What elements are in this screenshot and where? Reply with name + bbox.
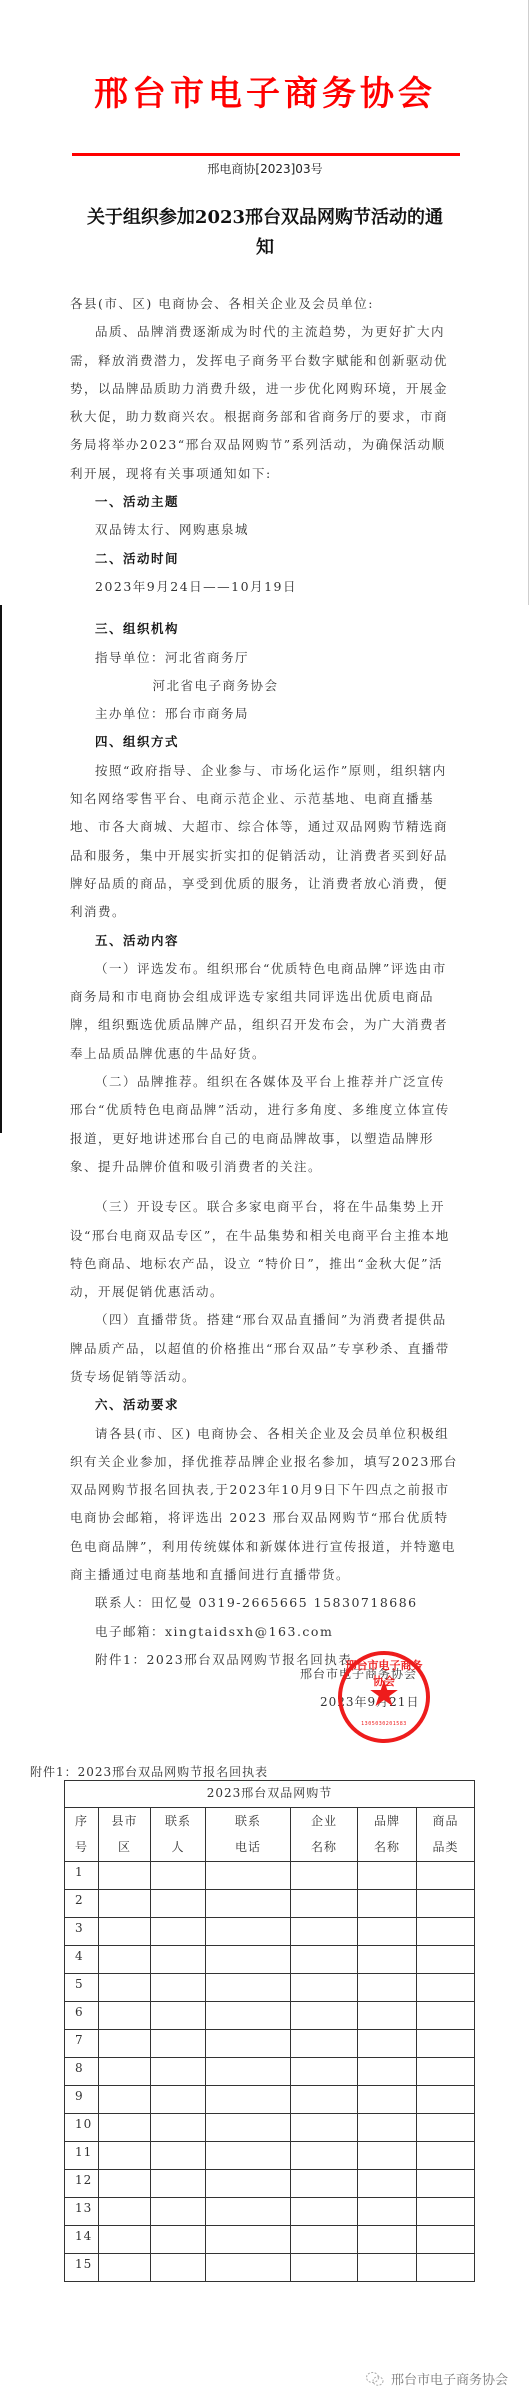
contact-line: 联系人：田忆曼 0319-2665665 15830718686 xyxy=(70,1589,458,1617)
watermark-account-name: 邢台市电子商务协会 xyxy=(391,2369,508,2388)
intro-paragraph: 品质、品牌消费逐渐成为时代的主流趋势，为更好扩大内需，释放消费潜力，发挥电子商务… xyxy=(70,318,458,488)
document-body: 各县(市、区) 电商协会、各相关企业及会员单位: 品质、品牌消费逐渐成为时代的主… xyxy=(70,290,458,1674)
page-edge-left xyxy=(0,605,2,1133)
table-row: 6 xyxy=(65,2002,475,2030)
content-item-2: （二）品牌推荐。组织在各媒体及平台上推荐并广泛宣传邢台“优质特色电商品牌”活动，… xyxy=(70,1068,458,1181)
guide-unit-second: 河北省电子商务协会 xyxy=(70,672,458,700)
table-row: 15 xyxy=(65,2254,475,2282)
content-item-1: （一）评选发布。组织邢台“优质特色电商品牌”评选由市商务局和市电商协会组成评选专… xyxy=(70,955,458,1068)
table-row: 11 xyxy=(65,2142,475,2170)
table-row: 12 xyxy=(65,2170,475,2198)
table-row: 5 xyxy=(65,1974,475,2002)
registration-table: 2023邢台双品网购节 序号 县市区 联系人 联系电话 企业名称 品牌名称 商品… xyxy=(64,1780,475,2282)
letterhead-org-name: 邢台市电子商务协会 xyxy=(0,66,530,115)
document-number: 邢电商协[2023]03号 xyxy=(0,160,530,177)
seal-star-icon: ★ xyxy=(342,1675,426,1715)
table-row: 1 xyxy=(65,1862,475,1890)
host-unit: 主办单位：邢台市商务局 xyxy=(70,700,458,728)
table-row: 7 xyxy=(65,2030,475,2058)
table-title: 2023邢台双品网购节 xyxy=(65,1781,475,1808)
section-heading-org: 三、组织机构 xyxy=(70,615,458,643)
table-header-row: 序号 县市区 联系人 联系电话 企业名称 品牌名称 商品品类 xyxy=(65,1808,475,1862)
content-item-3: （三）开设专区。联合多家电商平台，将在牛品集势上开设“邢台电商双品专区”，在牛品… xyxy=(70,1193,458,1306)
section-heading-requirements: 六、活动要求 xyxy=(70,1391,458,1419)
table-row: 13 xyxy=(65,2198,475,2226)
email-line: 电子邮箱：xingtaidsxh@163.com xyxy=(70,1618,458,1646)
table-row: 4 xyxy=(65,1946,475,1974)
header-brand-name: 品牌名称 xyxy=(358,1808,417,1862)
spacer xyxy=(70,1181,458,1193)
header-contact-person: 联系人 xyxy=(151,1808,206,1862)
header-contact-phone: 联系电话 xyxy=(206,1808,291,1862)
table-row: 9 xyxy=(65,2086,475,2114)
official-seal: 邢台市电子商务协会 ★ 1305030201583 xyxy=(338,1651,430,1743)
requirements-text: 请各县(市、区) 电商协会、各相关企业及会员单位积极组织有关企业参加，择优推荐品… xyxy=(70,1420,458,1590)
seal-code: 1305030201583 xyxy=(342,1721,426,1727)
theme-text: 双品铸太行、网购惠泉城 xyxy=(70,516,458,544)
table-row: 10 xyxy=(65,2114,475,2142)
document-title: 关于组织参加2023邢台双品网购节活动的通 知 xyxy=(70,203,460,263)
section-heading-content: 五、活动内容 xyxy=(70,927,458,955)
table-row: 8 xyxy=(65,2058,475,2086)
header-company-name: 企业名称 xyxy=(291,1808,358,1862)
content-item-4: （四）直播带货。搭建“邢台双品直播间”为消费者提供品牌品质产品，以超值的价格推出… xyxy=(70,1306,458,1391)
table-row: 2 xyxy=(65,1890,475,1918)
section-heading-method: 四、组织方式 xyxy=(70,728,458,756)
annex-label: 附件1：2023邢台双品网购节报名回执表 xyxy=(30,1763,268,1780)
time-text: 2023年9月24日——10月19日 xyxy=(70,573,458,601)
document-title-line2: 知 xyxy=(70,233,460,263)
section-heading-theme: 一、活动主题 xyxy=(70,488,458,516)
guide-unit: 指导单位：河北省商务厅 xyxy=(70,644,458,672)
watermark-footer: 邢台市电子商务协会 xyxy=(365,2369,508,2388)
document-title-line1: 关于组织参加2023邢台双品网购节活动的通 xyxy=(70,203,460,233)
header-product-category: 商品品类 xyxy=(417,1808,475,1862)
letterhead-red-rule xyxy=(72,153,460,156)
table-row: 14 xyxy=(65,2226,475,2254)
wechat-icon xyxy=(365,2371,385,2387)
header-county: 县市区 xyxy=(99,1808,151,1862)
header-serial: 序号 xyxy=(65,1808,99,1862)
table-row: 3 xyxy=(65,1918,475,1946)
method-text: 按照“政府指导、企业参与、市场化运作”原则，组织辖内知名网络零售平台、电商示范企… xyxy=(70,757,458,927)
section-heading-time: 二、活动时间 xyxy=(70,545,458,573)
salutation: 各县(市、区) 电商协会、各相关企业及会员单位: xyxy=(70,290,458,318)
spacer xyxy=(70,601,458,615)
